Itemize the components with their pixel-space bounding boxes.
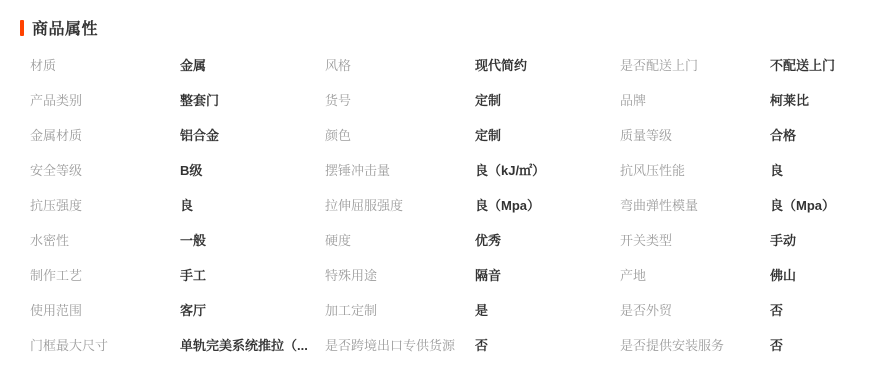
attribute-label: 特殊用途 [325, 265, 475, 284]
attribute-cell: 货号 定制 [325, 82, 620, 117]
attribute-value: B级 [180, 160, 208, 179]
attribute-label: 弯曲弹性模量 [620, 195, 770, 214]
attribute-value: 柯莱比 [770, 90, 815, 109]
attribute-cell: 抗风压性能 良 [620, 152, 870, 187]
attribute-cell: 风格 现代简约 [325, 47, 620, 82]
attribute-value-truncated: 单轨完美系统推拉（... [180, 335, 314, 354]
attribute-label: 开关类型 [620, 230, 770, 249]
attribute-value: 一般 [180, 230, 212, 249]
attribute-label: 是否提供安装服务 [620, 335, 770, 354]
attribute-value: 良（Mpa） [475, 195, 546, 214]
attribute-cell: 材质 金属 [30, 47, 325, 82]
attribute-label: 金属材质 [30, 125, 180, 144]
attribute-label: 品牌 [620, 90, 770, 109]
attribute-value: 良（kJ/㎡） [475, 160, 551, 179]
attribute-cell: 颜色 定制 [325, 117, 620, 152]
attribute-label: 质量等级 [620, 125, 770, 144]
attribute-value: 不配送上门 [770, 55, 841, 74]
attribute-label: 加工定制 [325, 300, 475, 319]
attribute-label: 是否配送上门 [620, 55, 770, 74]
attribute-value: 定制 [475, 90, 507, 109]
attribute-value: 否 [475, 335, 494, 354]
attribute-label: 是否跨境出口专供货源 [325, 335, 475, 354]
attribute-cell: 品牌 柯莱比 [620, 82, 870, 117]
attribute-label: 使用范围 [30, 300, 180, 319]
attributes-table: 材质 金属 风格 现代简约 是否配送上门 不配送上门 产品类别 整套门 货号 定… [0, 43, 880, 362]
attribute-label: 制作工艺 [30, 265, 180, 284]
attribute-value: 手动 [770, 230, 802, 249]
attribute-cell: 安全等级 B级 [30, 152, 325, 187]
attribute-label: 安全等级 [30, 160, 180, 179]
attribute-cell: 摆锤冲击量 良（kJ/㎡） [325, 152, 620, 187]
attribute-value: 客厅 [180, 300, 212, 319]
attribute-label: 抗压强度 [30, 195, 180, 214]
attribute-cell: 是否跨境出口专供货源 否 [325, 327, 620, 362]
attribute-cell: 弯曲弹性模量 良（Mpa） [620, 187, 870, 222]
attribute-label: 摆锤冲击量 [325, 160, 475, 179]
attribute-label: 水密性 [30, 230, 180, 249]
attribute-value: 否 [770, 300, 789, 319]
section-title: 商品属性 [32, 16, 98, 39]
attribute-cell: 是否外贸 否 [620, 292, 870, 327]
attribute-label: 抗风压性能 [620, 160, 770, 179]
attribute-cell: 抗压强度 良 [30, 187, 325, 222]
attribute-value: 良 [180, 195, 199, 214]
attribute-label: 风格 [325, 55, 475, 74]
attribute-cell: 金属材质 铝合金 [30, 117, 325, 152]
attribute-label: 是否外贸 [620, 300, 770, 319]
attribute-value: 合格 [770, 125, 802, 144]
attribute-value: 隔音 [475, 265, 507, 284]
attribute-label: 颜色 [325, 125, 475, 144]
attribute-value: 优秀 [475, 230, 507, 249]
attribute-cell: 产地 佛山 [620, 257, 870, 292]
attribute-cell: 开关类型 手动 [620, 222, 870, 257]
attribute-cell: 硬度 优秀 [325, 222, 620, 257]
accent-bar-icon [20, 20, 24, 36]
attribute-cell: 门框最大尺寸 单轨完美系统推拉（... [30, 327, 325, 362]
attribute-value: 良（Mpa） [770, 195, 841, 214]
attribute-cell: 加工定制 是 [325, 292, 620, 327]
attribute-value: 金属 [180, 55, 212, 74]
attribute-cell: 质量等级 合格 [620, 117, 870, 152]
attribute-label: 硬度 [325, 230, 475, 249]
section-header: 商品属性 [0, 0, 880, 43]
attribute-cell: 制作工艺 手工 [30, 257, 325, 292]
attribute-cell: 产品类别 整套门 [30, 82, 325, 117]
attribute-value: 现代简约 [475, 55, 533, 74]
attribute-cell: 拉伸屈服强度 良（Mpa） [325, 187, 620, 222]
attribute-value: 否 [770, 335, 789, 354]
attribute-cell: 水密性 一般 [30, 222, 325, 257]
attribute-label: 产品类别 [30, 90, 180, 109]
product-attributes-panel: 商品属性 材质 金属 风格 现代简约 是否配送上门 不配送上门 产品类别 整套门… [0, 0, 880, 372]
attribute-value: 手工 [180, 265, 212, 284]
attribute-value: 佛山 [770, 265, 802, 284]
attribute-value: 定制 [475, 125, 507, 144]
attribute-value: 是 [475, 300, 494, 319]
attribute-label: 货号 [325, 90, 475, 109]
attribute-cell: 是否配送上门 不配送上门 [620, 47, 870, 82]
attribute-label: 门框最大尺寸 [30, 335, 180, 354]
attribute-value: 整套门 [180, 90, 225, 109]
attribute-label: 产地 [620, 265, 770, 284]
attribute-label: 材质 [30, 55, 180, 74]
attribute-value: 良 [770, 160, 789, 179]
attribute-cell: 使用范围 客厅 [30, 292, 325, 327]
attribute-cell: 是否提供安装服务 否 [620, 327, 870, 362]
attribute-label: 拉伸屈服强度 [325, 195, 475, 214]
attribute-value: 铝合金 [180, 125, 225, 144]
attribute-cell: 特殊用途 隔音 [325, 257, 620, 292]
